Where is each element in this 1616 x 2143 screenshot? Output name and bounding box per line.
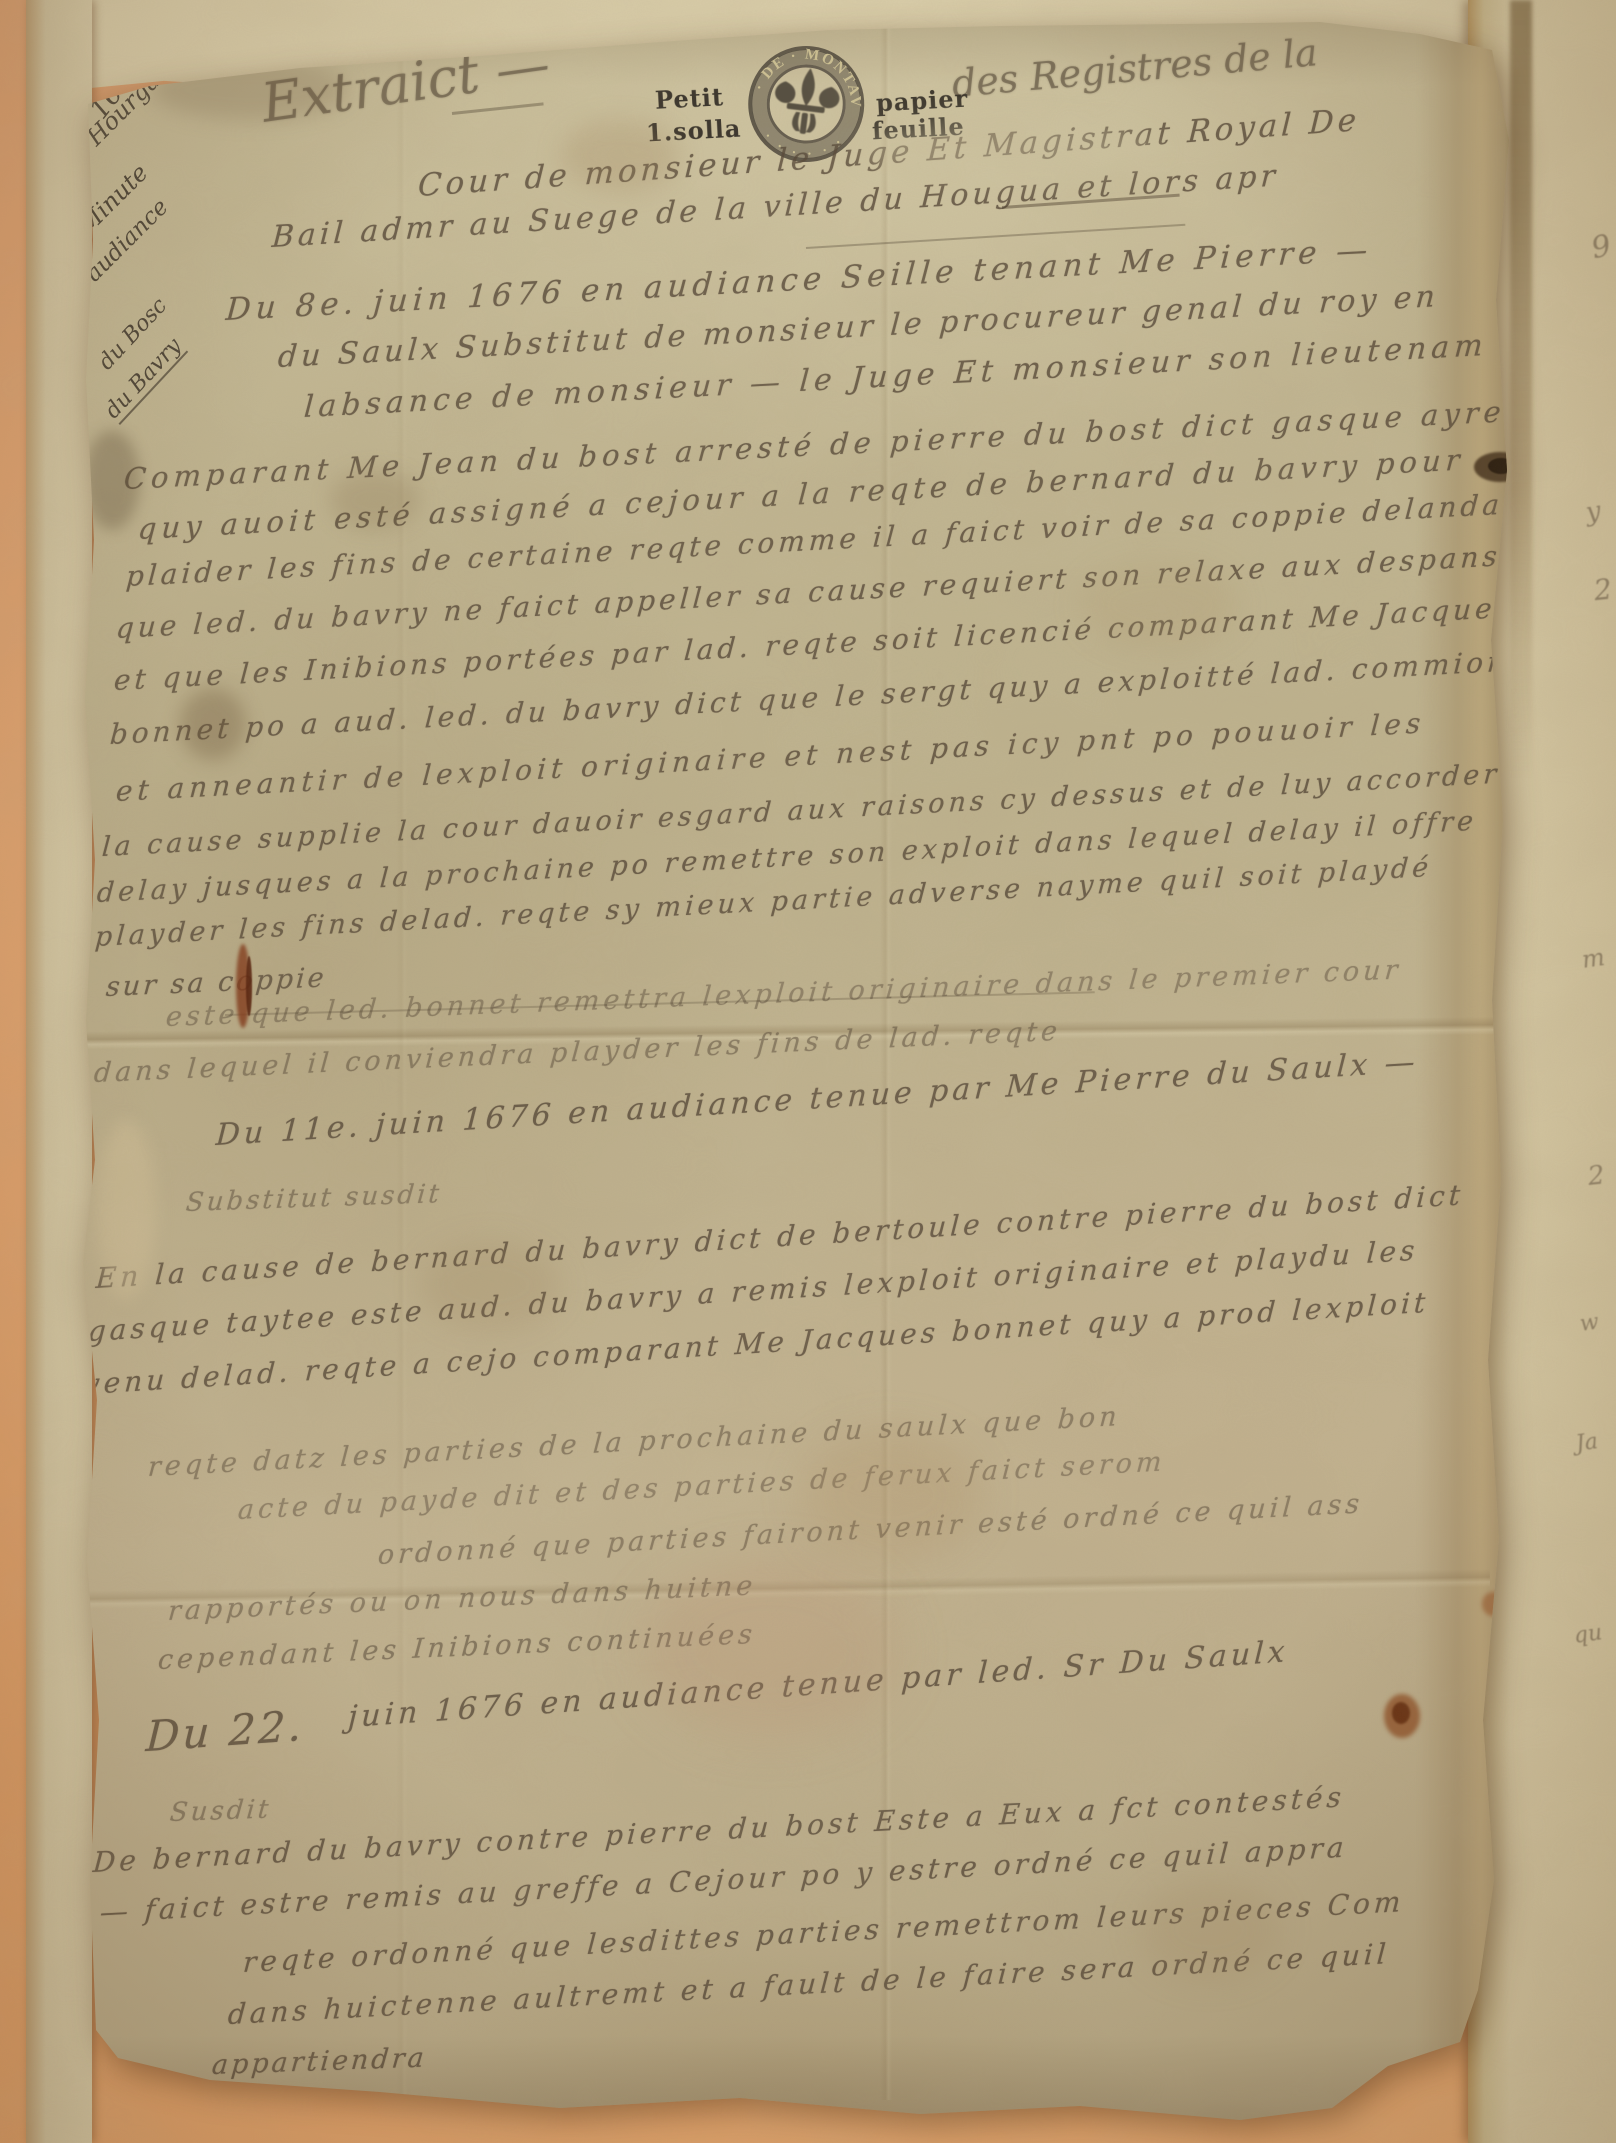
margin-note: Le Hourga [54, 66, 166, 178]
paper-stain [1392, 1702, 1410, 1724]
manuscript-line: rapportés ou on nous dans huitne [167, 1570, 758, 1627]
paper-stain [1384, 1694, 1420, 1738]
manuscript-line: cependant les Inibions continuées [157, 1619, 757, 1676]
torn-edge-strip [1510, 0, 1532, 780]
stamp-left-label-line1: Petit [654, 82, 724, 115]
main-sheet-wrap: Extraict — des Registres de la GEN · DE … [0, 0, 1616, 2143]
stamp-left-label-line2: 1.solla [645, 114, 742, 148]
manuscript-sheet: Extraict — des Registres de la GEN · DE … [0, 0, 1616, 2143]
manuscript-photo: 9y2m2wJaqu Extraict — des Registres de l… [0, 0, 1616, 2143]
manuscript-line: Susdit [169, 1794, 273, 1828]
manuscript-line: Du 22. [145, 1701, 306, 1761]
document-title-registres: des Registres de la [950, 30, 1319, 106]
